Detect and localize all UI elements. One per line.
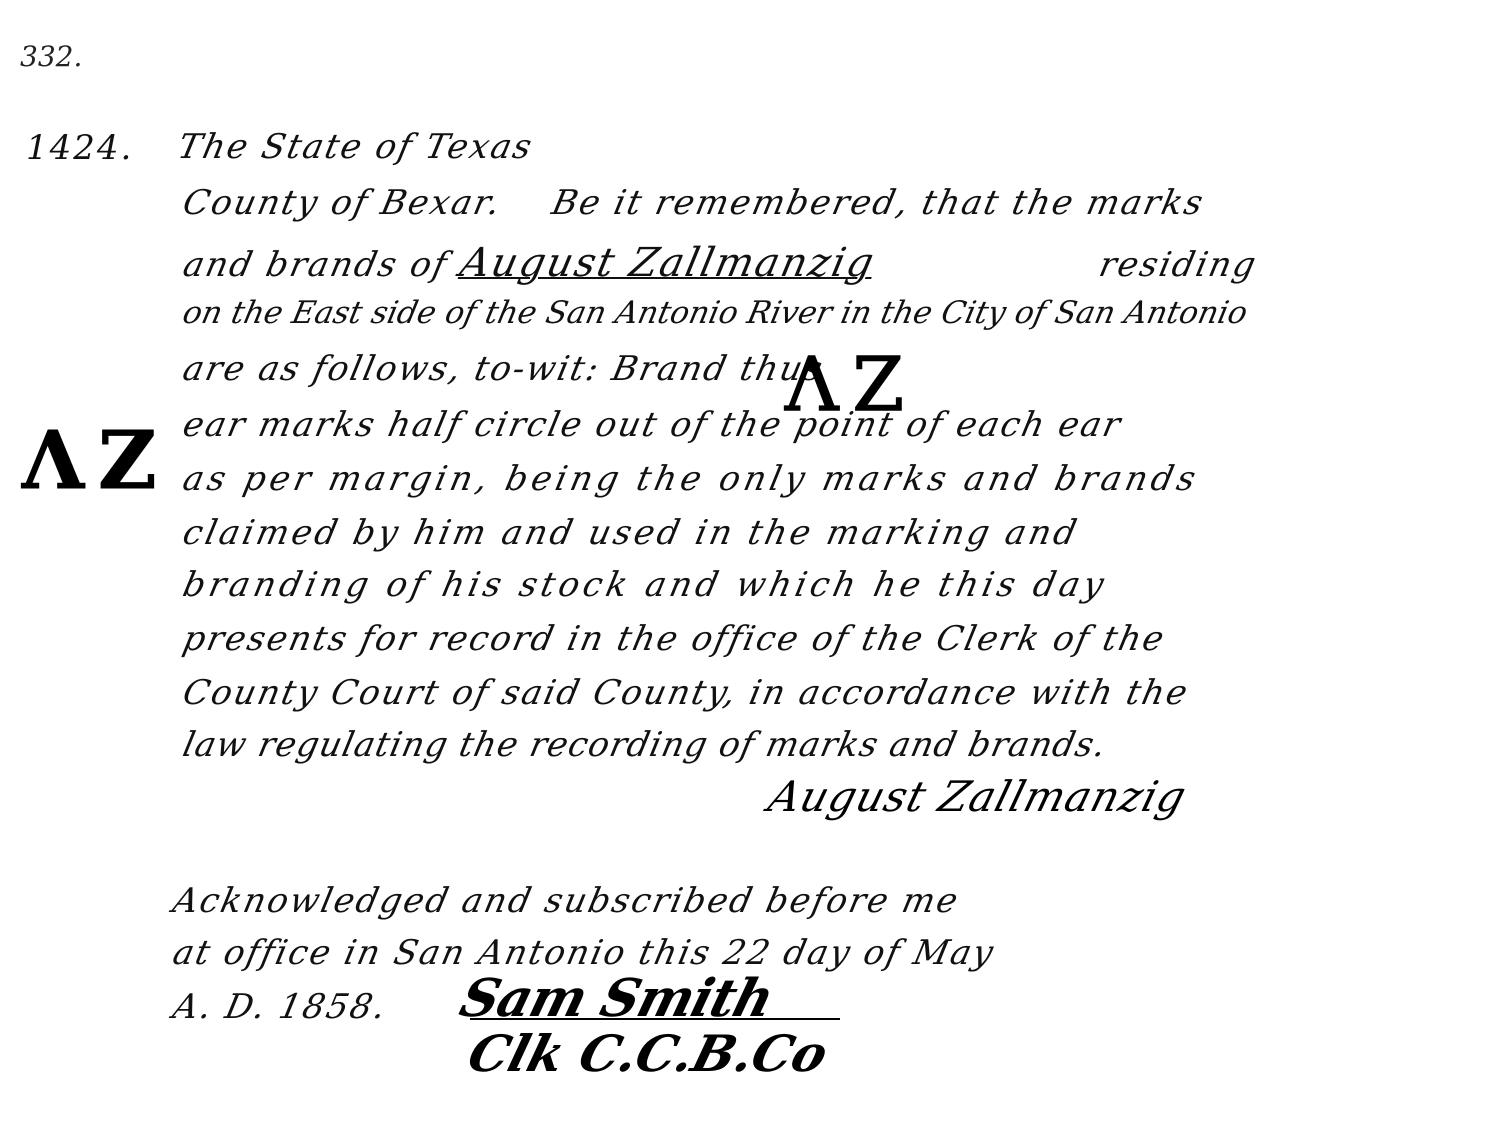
owner-line: and brands of August Zallmanzig residing — [180, 243, 1262, 283]
heading-line-1: County of Bexar. Be it remembered, that … — [180, 186, 1208, 220]
body-line-5: are as follows, to-wit: Brand thus — [180, 352, 827, 386]
owner-signature: August Zallmanzig — [763, 772, 1192, 821]
acknowledgement-line-1: Acknowledged and subscribed before me — [170, 884, 963, 918]
body-line-3: residing — [1096, 245, 1262, 285]
body-line-6: ear marks half circle out of the point o… — [180, 408, 1125, 442]
acknowledgement-line-3: A. D. 1858. — [170, 990, 390, 1024]
signature-underline — [470, 1018, 840, 1020]
clerk-title: Clk C.C.B.Co — [462, 1024, 834, 1083]
brand-mark-margin: ΛZ — [22, 420, 170, 500]
heading-state: The State of Texas — [175, 130, 536, 164]
body-line-10: presents for record in the office of the… — [180, 622, 1169, 656]
acknowledgement-line-2: at office in San Antonio this 22 day of … — [170, 936, 998, 970]
body-line-12: law regulating the recording of marks an… — [180, 728, 1110, 762]
body-line-2: and brands of — [180, 245, 453, 285]
entry-number: 1424. — [26, 128, 133, 168]
body-line-8: claimed by him and used in the marking a… — [180, 516, 1082, 550]
body-line-9: branding of his stock and which he this … — [180, 568, 1111, 602]
page-number: 332. — [20, 40, 82, 73]
body-line-1: Be it remembered, that the marks — [548, 183, 1208, 223]
body-line-11: County Court of said County, in accordan… — [180, 676, 1192, 710]
body-line-4: on the East side of the San Antonio Rive… — [180, 298, 1250, 329]
heading-county: County of Bexar. — [179, 183, 505, 223]
owner-name: August Zallmanzig — [456, 240, 879, 286]
body-line-7: as per margin, being the only marks and … — [180, 462, 1202, 496]
